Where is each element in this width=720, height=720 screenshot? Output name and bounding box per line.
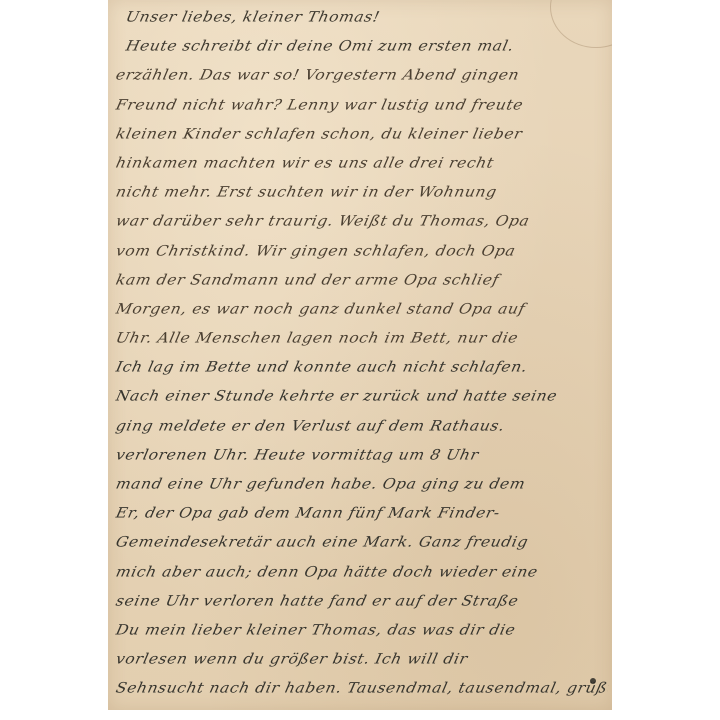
handwritten-line: Er, der Opa gab dem Mann fünf Mark Finde… bbox=[113, 500, 611, 527]
handwritten-line: Ich lag im Bette und konnte auch nicht s… bbox=[113, 354, 611, 381]
letter-salutation: Unser liebes, kleiner Thomas! bbox=[113, 4, 611, 31]
ink-blot bbox=[590, 678, 596, 684]
handwritten-line: Nach einer Stunde kehrte er zurück und h… bbox=[113, 384, 611, 411]
handwritten-line: seine Uhr verloren hatte fand er auf der… bbox=[113, 588, 611, 615]
handwritten-line: Uhr. Alle Menschen lagen noch im Bett, n… bbox=[113, 325, 611, 352]
handwritten-line: kleinen Kinder schlafen schon, du kleine… bbox=[113, 121, 611, 148]
scan-canvas: Unser liebes, kleiner Thomas!Heute schre… bbox=[0, 0, 720, 720]
handwritten-line: nicht mehr. Erst suchten wir in der Wohn… bbox=[113, 179, 611, 206]
handwritten-line: mich aber auch; denn Opa hätte doch wied… bbox=[113, 559, 611, 586]
handwritten-line: Gemeindesekretär auch eine Mark. Ganz fr… bbox=[113, 530, 611, 557]
handwritten-line: erzählen. Das war so! Vorgestern Abend g… bbox=[113, 63, 611, 90]
handwritten-line: kam der Sandmann und der arme Opa schlie… bbox=[113, 267, 611, 294]
handwritten-line: Freund nicht wahr? Lenny war lustig und … bbox=[113, 92, 611, 119]
handwritten-line: verlorenen Uhr. Heute vormittag um 8 Uhr bbox=[113, 442, 611, 469]
handwritten-line: Heute schreibt dir deine Omi zum ersten … bbox=[113, 33, 611, 60]
handwritten-line: Morgen, es war noch ganz dunkel stand Op… bbox=[113, 296, 611, 323]
handwritten-line: Du mein lieber kleiner Thomas, das was d… bbox=[113, 617, 611, 644]
handwritten-line: ging meldete er den Verlust auf dem Rath… bbox=[113, 413, 611, 440]
letter-paper: Unser liebes, kleiner Thomas!Heute schre… bbox=[108, 0, 612, 710]
handwritten-line: Sehnsucht nach dir haben. Tausendmal, ta… bbox=[113, 675, 611, 702]
handwritten-line: war darüber sehr traurig. Weißt du Thoma… bbox=[113, 208, 611, 235]
handwritten-text-block: Unser liebes, kleiner Thomas!Heute schre… bbox=[116, 3, 608, 704]
handwritten-line: vom Christkind. Wir gingen schlafen, doc… bbox=[113, 238, 611, 265]
handwritten-line: mand eine Uhr gefunden habe. Opa ging zu… bbox=[113, 471, 611, 498]
handwritten-line: hinkamen machten wir es uns alle drei re… bbox=[113, 150, 611, 177]
handwritten-line: vorlesen wenn du größer bist. Ich will d… bbox=[113, 646, 611, 673]
